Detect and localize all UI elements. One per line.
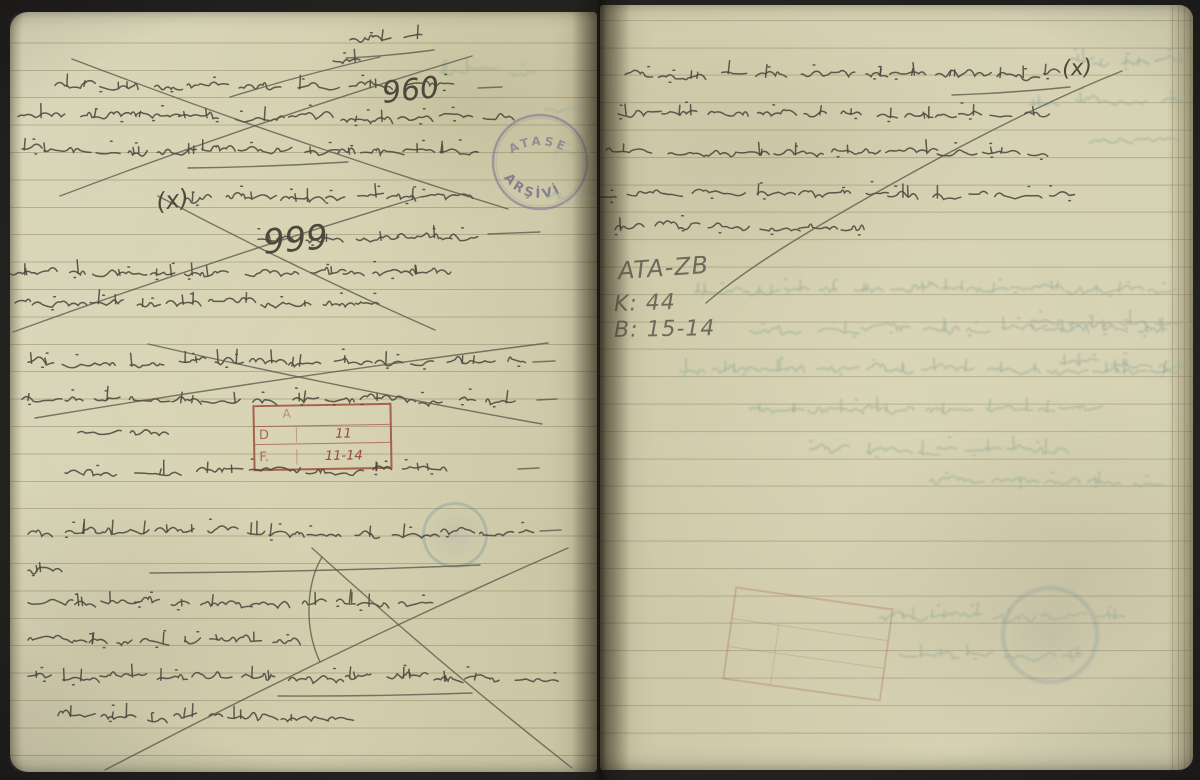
- left-crossout-strokes: [13, 50, 572, 770]
- handwriting-stroke: [208, 526, 238, 533]
- handwriting-stroke: [55, 81, 95, 89]
- handwriting-stroke: [930, 476, 983, 484]
- handwriting-stroke: [242, 674, 275, 681]
- handwriting-stroke: [289, 362, 321, 366]
- handwriting-stroke: [343, 271, 364, 275]
- handwriting-stroke: [1070, 651, 1071, 657]
- handwriting-stroke: [1112, 363, 1152, 367]
- handwriting-stroke: [130, 363, 164, 368]
- handwriting-stroke: [155, 85, 183, 89]
- handwriting-stroke: [801, 71, 855, 77]
- handwriting-stroke: [545, 107, 581, 112]
- handwriting-stroke: [434, 226, 435, 238]
- right-page: (x) ATA-ZB K: 44 B: 15-14: [600, 5, 1193, 770]
- handwriting-stroke: [555, 150, 593, 156]
- handwriting-stroke: [509, 71, 535, 76]
- handwriting-stroke: [358, 193, 384, 196]
- handwriting-stroke: [81, 597, 82, 605]
- handwriting-stroke: [1134, 484, 1164, 488]
- handwriting-stroke: [137, 303, 160, 307]
- handwriting-stroke: [197, 468, 243, 472]
- handwriting-stroke: [537, 399, 557, 400]
- handwriting-stroke: [251, 602, 290, 608]
- handwriting-stroke: [13, 197, 420, 332]
- handwriting-stroke: [900, 655, 917, 657]
- handwriting-stroke: [1149, 288, 1177, 294]
- handwriting-stroke: [994, 615, 1036, 623]
- handwriting-stroke: [325, 398, 354, 402]
- handwriting-stroke: [967, 652, 992, 656]
- handwriting-stroke: [1050, 192, 1075, 196]
- handwriting-stroke: [967, 329, 989, 333]
- handwriting-stroke: [936, 70, 992, 77]
- handwriting-stroke: [434, 677, 463, 683]
- handwriting-stroke: [515, 679, 558, 682]
- handwriting-stroke: [817, 367, 858, 372]
- handwriting-stroke: [148, 718, 168, 722]
- handwriting-stroke: [67, 74, 68, 86]
- handwriting-stroke: [1047, 404, 1048, 412]
- archive-ref-k: K: 44: [614, 292, 677, 316]
- handwriting-stroke: [10, 268, 57, 275]
- handwriting-stroke: [990, 115, 1012, 117]
- handwriting-stroke: [144, 521, 145, 533]
- handwriting-stroke: [995, 193, 1042, 199]
- marker-x-right: (x): [1061, 57, 1093, 81]
- handwriting-stroke: [708, 223, 749, 230]
- handwriting-stroke: [157, 675, 187, 680]
- handwriting-stroke: [480, 532, 514, 536]
- handwriting-stroke: [991, 147, 993, 153]
- handwriting-stroke: [774, 150, 823, 157]
- handwriting-stroke: [450, 234, 478, 241]
- left-page: ATASE ARŞİVİ A D 11 F. 11-14: [10, 12, 597, 772]
- handwriting-stroke: [902, 613, 903, 619]
- handwriting-stroke: [788, 409, 804, 411]
- handwriting-stroke: [819, 329, 860, 334]
- handwriting-stroke: [697, 72, 698, 78]
- handwriting-stroke: [160, 469, 161, 474]
- handwriting-stroke: [192, 672, 232, 679]
- handwriting-stroke: [997, 73, 1040, 81]
- handwriting-stroke: [1027, 399, 1028, 410]
- handwriting-stroke: [467, 67, 497, 70]
- handwriting-stroke: [1126, 57, 1127, 65]
- handwriting-stroke: [397, 233, 452, 240]
- handwriting-stroke: [112, 712, 113, 717]
- handwriting-stroke: [70, 706, 71, 717]
- handwriting-stroke: [44, 148, 91, 153]
- handwriting-stroke: [404, 524, 405, 536]
- handwriting-stroke: [659, 74, 706, 79]
- handwriting-stroke: [1041, 613, 1086, 619]
- handwriting-stroke: [965, 359, 966, 370]
- handwriting-stroke: [1030, 320, 1060, 324]
- handwriting-stroke: [506, 391, 508, 403]
- handwriting-stroke: [750, 326, 801, 334]
- handwriting-stroke: [136, 112, 181, 118]
- handwriting-stroke: [967, 288, 1009, 292]
- handwriting-stroke: [84, 81, 85, 87]
- handwriting-stroke: [600, 197, 616, 198]
- handwriting-stroke: [1096, 285, 1097, 291]
- right-page-handwriting: [600, 5, 1193, 770]
- handwriting-stroke: [1078, 646, 1079, 658]
- handwriting-stroke: [392, 534, 439, 538]
- handwriting-stroke: [989, 400, 990, 410]
- handwriting-stroke: [28, 673, 51, 677]
- handwriting-stroke: [78, 430, 121, 434]
- handwriting-stroke: [192, 704, 193, 717]
- handwriting-stroke: [309, 557, 322, 662]
- handwriting-stroke: [845, 322, 846, 333]
- handwriting-stroke: [606, 148, 652, 153]
- handwriting-stroke: [756, 72, 787, 77]
- handwriting-stroke: [734, 364, 735, 371]
- handwriting-stroke: [936, 114, 957, 117]
- handwriting-stroke: [64, 669, 65, 681]
- handwriting-stroke: [117, 640, 132, 645]
- handwriting-stroke: [877, 114, 897, 117]
- handwriting-stroke: [334, 358, 372, 364]
- handwriting-stroke: [24, 139, 25, 150]
- handwriting-stroke: [1108, 611, 1110, 619]
- handwriting-stroke: [196, 357, 197, 363]
- handwriting-stroke: [1007, 446, 1033, 450]
- handwriting-stroke: [1062, 321, 1063, 331]
- handwriting-stroke: [261, 302, 311, 308]
- handwriting-stroke: [440, 114, 473, 118]
- handwriting-stroke: [28, 567, 62, 574]
- handwriting-stroke: [158, 196, 435, 330]
- handwriting-stroke: [1123, 370, 1147, 374]
- handwriting-stroke: [250, 467, 301, 472]
- handwriting-stroke: [969, 191, 987, 194]
- handwriting-stroke: [105, 548, 568, 770]
- handwriting-stroke: [934, 359, 935, 371]
- handwriting-stroke: [171, 601, 189, 605]
- handwriting-stroke: [95, 528, 149, 534]
- handwriting-stroke: [28, 530, 52, 537]
- handwriting-stroke: [40, 563, 41, 572]
- handwriting-stroke: [101, 600, 138, 604]
- handwriting-stroke: [588, 142, 589, 154]
- handwriting-stroke: [1034, 448, 1068, 454]
- handwriting-stroke: [1180, 53, 1181, 62]
- handwriting-stroke: [295, 194, 296, 202]
- handwriting-stroke: [446, 60, 447, 73]
- handwriting-stroke: [326, 196, 345, 200]
- handwriting-stroke: [902, 363, 903, 371]
- handwriting-stroke: [403, 149, 435, 152]
- handwriting-stroke: [757, 192, 795, 196]
- handwriting-stroke: [890, 72, 926, 75]
- handwriting-stroke: [863, 405, 914, 414]
- handwriting-stroke: [708, 112, 748, 117]
- handwriting-stroke: [289, 112, 333, 119]
- handwriting-stroke: [152, 714, 153, 722]
- handwriting-stroke: [1080, 93, 1081, 101]
- handwriting-stroke: [615, 224, 644, 230]
- handwriting-stroke: [350, 667, 351, 678]
- handwriting-stroke: [912, 69, 913, 76]
- handwriting-stroke: [467, 59, 468, 71]
- handwriting-stroke: [251, 192, 252, 198]
- handwriting-stroke: [271, 350, 272, 363]
- handwriting-stroke: [185, 271, 229, 277]
- handwriting-stroke: [697, 283, 698, 293]
- handwriting-stroke: [540, 530, 561, 531]
- handwriting-stroke: [582, 191, 583, 199]
- handwriting-stroke: [417, 463, 418, 470]
- handwriting-stroke: [250, 358, 287, 364]
- notebook-photo: ATASE ARŞİVİ A D 11 F. 11-14: [0, 0, 1200, 780]
- handwriting-stroke: [273, 638, 300, 644]
- handwriting-stroke: [128, 151, 147, 157]
- handwriting-stroke: [1103, 326, 1127, 332]
- handwriting-stroke: [306, 469, 363, 475]
- handwriting-stroke: [743, 290, 779, 295]
- handwriting-stroke: [861, 323, 909, 330]
- handwriting-stroke: [486, 399, 515, 404]
- handwriting-stroke: [1079, 354, 1080, 364]
- handwriting-stroke: [28, 635, 87, 642]
- handwriting-stroke: [508, 357, 525, 363]
- handwriting-stroke: [1173, 97, 1174, 103]
- handwriting-stroke: [172, 397, 201, 404]
- handwriting-stroke: [447, 357, 495, 364]
- handwriting-stroke: [841, 225, 864, 230]
- handwriting-stroke: [1099, 101, 1147, 106]
- handwriting-stroke: [655, 221, 700, 230]
- handwriting-stroke: [686, 359, 687, 372]
- handwriting-stroke: [1033, 100, 1034, 105]
- handwriting-stroke: [303, 599, 327, 604]
- handwriting-stroke: [785, 287, 810, 290]
- handwriting-stroke: [854, 288, 882, 292]
- handwriting-stroke: [1011, 284, 1063, 290]
- handwriting-stroke: [967, 645, 968, 655]
- handwriting-stroke: [913, 608, 914, 618]
- handwriting-stroke: [269, 531, 304, 537]
- handwriting-stroke: [96, 153, 120, 154]
- handwriting-stroke: [922, 442, 923, 454]
- handwriting-stroke: [960, 613, 981, 617]
- handwriting-stroke: [278, 693, 472, 696]
- handwriting-stroke: [625, 70, 653, 77]
- handwriting-stroke: [722, 72, 747, 74]
- handwriting-stroke: [132, 664, 133, 677]
- handwriting-stroke: [758, 110, 797, 116]
- handwriting-stroke: [548, 193, 597, 199]
- handwriting-stroke: [766, 65, 767, 78]
- handwriting-stroke: [28, 599, 73, 605]
- handwriting-stroke: [349, 590, 351, 603]
- right-ottoman-script-ink: [600, 61, 1075, 235]
- handwriting-stroke: [404, 34, 422, 37]
- handwriting-stroke: [809, 408, 864, 414]
- handwriting-stroke: [465, 675, 499, 682]
- handwriting-stroke: [1088, 479, 1120, 485]
- handwriting-stroke: [518, 468, 539, 469]
- handwriting-stroke: [1000, 68, 1001, 78]
- handwriting-stroke: [70, 271, 86, 275]
- handwriting-stroke: [945, 322, 946, 331]
- handwriting-stroke: [863, 284, 864, 291]
- handwriting-stroke: [307, 534, 340, 536]
- handwriting-stroke: [370, 526, 371, 536]
- handwriting-stroke: [866, 73, 888, 77]
- handwriting-stroke: [15, 299, 31, 303]
- handwriting-stroke: [460, 397, 476, 400]
- handwriting-stroke: [1138, 58, 1139, 65]
- handwriting-stroke: [201, 601, 253, 608]
- handwriting-stroke: [77, 594, 78, 606]
- handwriting-stroke: [228, 713, 278, 721]
- handwriting-stroke: [627, 190, 682, 196]
- handwriting-stroke: [181, 600, 182, 606]
- handwriting-stroke: [799, 190, 851, 197]
- handwriting-stroke: [386, 352, 387, 364]
- handwriting-stroke: [977, 603, 978, 616]
- handwriting-stroke: [1134, 138, 1179, 141]
- handwriting-stroke: [1067, 288, 1091, 295]
- handwriting-stroke: [163, 633, 164, 644]
- handwriting-stroke: [959, 111, 982, 115]
- handwriting-stroke: [399, 602, 433, 606]
- handwriting-stroke: [289, 676, 344, 683]
- handwriting-stroke: [184, 708, 185, 717]
- handwriting-stroke: [312, 548, 572, 768]
- handwriting-stroke: [926, 408, 973, 413]
- handwriting-stroke: [382, 30, 383, 41]
- handwriting-stroke: [891, 284, 938, 292]
- handwriting-stroke: [559, 194, 560, 199]
- handwriting-stroke: [62, 363, 115, 368]
- handwriting-stroke: [1126, 360, 1127, 366]
- handwriting-stroke: [179, 357, 205, 362]
- handwriting-stroke: [1179, 357, 1180, 367]
- handwriting-stroke: [478, 87, 502, 88]
- handwriting-stroke: [1013, 437, 1014, 450]
- handwriting-stroke: [1002, 325, 1046, 330]
- handwriting-stroke: [298, 83, 339, 90]
- handwriting-stroke: [618, 111, 661, 118]
- handwriting-stroke: [417, 25, 418, 38]
- handwriting-stroke: [293, 398, 319, 403]
- handwriting-stroke: [777, 360, 778, 370]
- handwriting-stroke: [356, 236, 398, 242]
- handwriting-stroke: [1001, 148, 1002, 154]
- handwriting-stroke: [695, 288, 742, 295]
- handwriting-stroke: [1124, 359, 1125, 373]
- handwriting-stroke: [1092, 286, 1144, 294]
- handwriting-stroke: [961, 281, 963, 289]
- handwriting-stroke: [1038, 96, 1039, 105]
- handwriting-stroke: [192, 193, 193, 201]
- handwriting-stroke: [236, 349, 237, 363]
- handwriting-stroke: [338, 148, 355, 153]
- handwriting-stroke: [1028, 154, 1048, 156]
- handwriting-stroke: [1020, 477, 1021, 484]
- handwriting-stroke: [81, 112, 136, 119]
- handwriting-stroke: [847, 145, 848, 153]
- handwriting-stroke: [992, 478, 1038, 483]
- handwriting-stroke: [880, 67, 881, 75]
- handwriting-stroke: [411, 361, 434, 366]
- handwriting-stroke: [416, 266, 417, 273]
- handwriting-stroke: [988, 368, 1040, 374]
- handwriting-stroke: [1047, 370, 1087, 375]
- handwriting-stroke: [133, 148, 134, 154]
- handwriting-stroke: [268, 671, 269, 678]
- handwriting-stroke: [867, 448, 912, 454]
- handwriting-stroke: [519, 530, 534, 533]
- handwriting-stroke: [202, 146, 235, 151]
- handwriting-stroke: [1101, 60, 1102, 65]
- handwriting-stroke: [668, 151, 719, 157]
- handwriting-stroke: [387, 672, 428, 679]
- handwriting-stroke: [25, 268, 26, 274]
- handwriting-stroke: [135, 472, 181, 475]
- handwriting-stroke: [107, 387, 108, 400]
- handwriting-stroke: [81, 669, 82, 681]
- handwriting-stroke: [155, 527, 194, 532]
- handwriting-stroke: [427, 464, 428, 470]
- handwriting-stroke: [1147, 326, 1148, 332]
- handwriting-stroke: [281, 717, 328, 722]
- handwriting-stroke: [300, 355, 301, 366]
- archive-ref-b: B: 15-14: [614, 318, 716, 342]
- handwriting-stroke: [245, 270, 298, 277]
- handwriting-stroke: [409, 669, 410, 678]
- handwriting-stroke: [1045, 479, 1080, 485]
- handwriting-stroke: [926, 140, 927, 154]
- handwriting-stroke: [217, 350, 218, 364]
- handwriting-stroke: [354, 49, 355, 62]
- handwriting-stroke: [761, 149, 762, 155]
- handwriting-stroke: [993, 284, 994, 292]
- marker-x-left: (x): [154, 186, 190, 215]
- handwriting-stroke: [234, 393, 235, 403]
- handwriting-stroke: [444, 671, 445, 681]
- handwriting-stroke: [1051, 282, 1052, 289]
- handwriting-stroke: [373, 270, 413, 276]
- handwriting-stroke: [488, 232, 540, 234]
- handwriting-stroke: [354, 672, 355, 678]
- handwriting-stroke: [58, 710, 95, 717]
- handwriting-stroke: [1119, 282, 1120, 291]
- handwriting-stroke: [65, 527, 95, 533]
- handwriting-stroke: [188, 162, 348, 168]
- handwriting-stroke: [112, 520, 113, 533]
- handwriting-stroke: [833, 282, 834, 291]
- handwriting-stroke: [36, 566, 37, 572]
- handwriting-stroke: [100, 672, 147, 677]
- handwriting-stroke: [680, 370, 705, 374]
- handwriting-stroke: [750, 408, 787, 413]
- handwriting-stroke: [780, 360, 781, 371]
- handwriting-stroke: [251, 523, 252, 534]
- handwriting-stroke: [866, 285, 867, 291]
- handwriting-stroke: [922, 283, 923, 290]
- handwriting-stroke: [625, 104, 626, 115]
- handwriting-stroke: [1044, 69, 1060, 74]
- handwriting-stroke: [382, 110, 383, 121]
- handwriting-stroke: [440, 149, 478, 155]
- handwriting-stroke: [820, 106, 821, 115]
- handwriting-stroke: [886, 148, 938, 153]
